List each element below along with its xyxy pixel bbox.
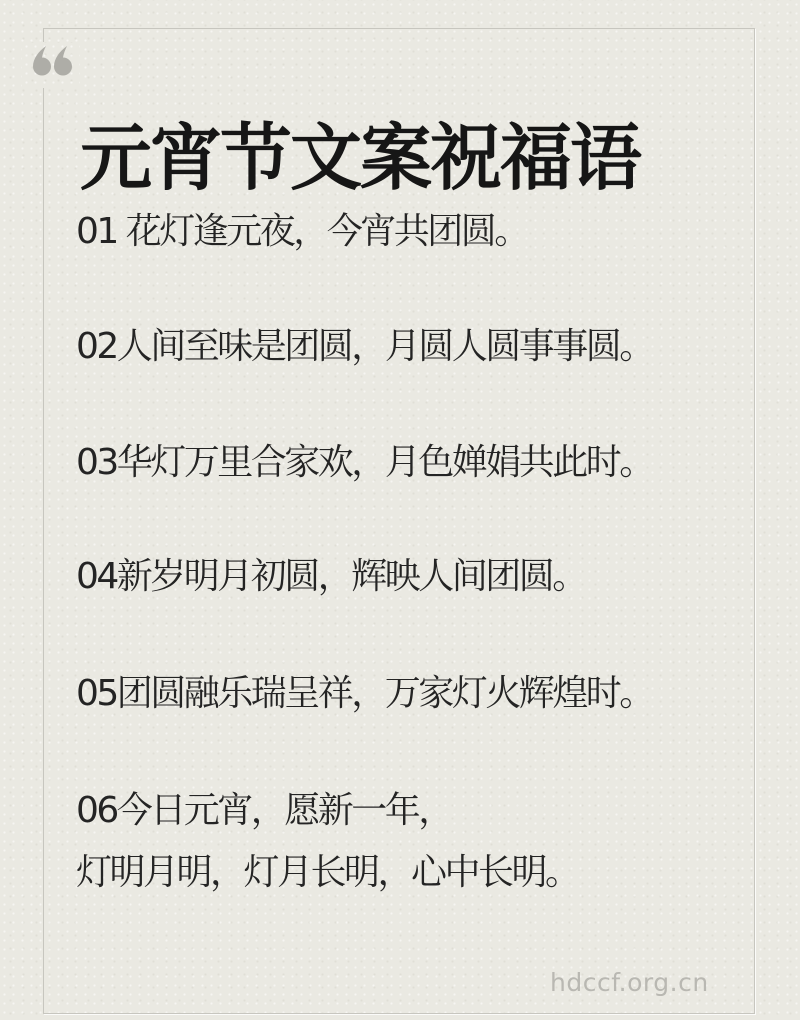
blessing-line-02: 02人间至味是团圆，月圆人圆事事圆。 — [76, 325, 653, 369]
lantern-festival-card: { "card": { "title": "元宵节文案祝福语", "lines"… — [0, 0, 800, 1020]
watermark: hdccf.org.cn — [550, 968, 709, 997]
page-title: 元宵节文案祝福语 — [80, 100, 640, 204]
blessing-line-03: 03华灯万里合家欢，月色婵娟共此时。 — [76, 441, 653, 485]
blessing-line-01: 01 花灯逢元夜，今宵共团圆。 — [76, 210, 528, 254]
blessing-line-04: 04新岁明月初圆，辉映人间团圆。 — [76, 555, 586, 599]
blessing-line-06: 06今日元宵，愿新一年， — [76, 789, 452, 833]
blessing-line-06-continued: 灯明月明，灯月长明，心中长明。 — [76, 851, 579, 895]
quote-icon — [22, 42, 80, 88]
blessing-line-05: 05团圆融乐瑞呈祥，万家灯火辉煌时。 — [76, 672, 653, 716]
